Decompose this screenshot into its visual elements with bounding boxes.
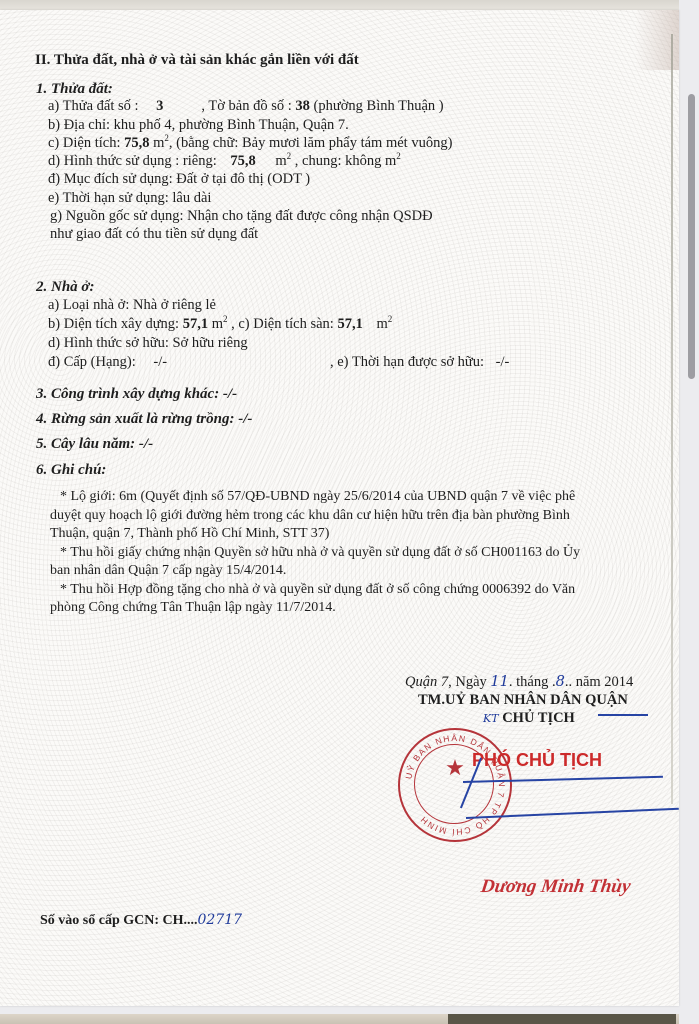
house-ownership-term: , e) Thời hạn được sở hữu: -/-	[330, 354, 509, 371]
official-seal-icon: UỶ BAN NHÂN DÂN QUẬN 7 TP HỒ CHÍ MINH ★	[398, 728, 512, 842]
land-origin-cont: như giao đất có thu tiền sử dụng đất	[50, 226, 258, 243]
chairman-line: KT CHỦ TỊCH	[483, 710, 575, 727]
private-unit: m	[275, 153, 286, 169]
registry-value: 02717	[198, 912, 243, 928]
floor-area-value: 57,1	[337, 316, 362, 332]
note-line: Thuận, quận 7, Thành phố Hồ Chí Minh, ST…	[50, 525, 329, 542]
note-line: * Thu hồi Hợp đồng tặng cho nhà ở và quy…	[60, 581, 575, 598]
perennial-trees: 5. Cây lâu năm: -/-	[36, 436, 153, 453]
house-grade: đ) Cấp (Hạng): -/-	[48, 354, 167, 371]
ownership-term-value: -/-	[496, 354, 510, 370]
land-area-line: c) Diện tích: 75,8 m2, (bằng chữ: Bảy mư…	[48, 135, 452, 152]
grade-value: -/-	[153, 354, 167, 370]
land-term: e) Thời hạn sử dụng: lâu dài	[48, 190, 211, 207]
floor-area-label: , c) Diện tích sàn:	[231, 316, 334, 332]
map-label: , Tờ bản đồ số :	[201, 98, 291, 114]
land-parcel-line: a) Thửa đất số : 3, Tờ bản đồ số : 38 (p…	[48, 98, 444, 115]
registry-label: Số vào sổ cấp GCN: CH....	[40, 913, 198, 928]
kt-mark: KT	[483, 712, 499, 725]
other-construction: 3. Công trình xây dựng khác: -/-	[36, 386, 237, 403]
land-address: b) Địa chỉ: khu phố 4, phường Bình Thuận…	[48, 117, 349, 134]
sign-month: 8	[556, 674, 565, 690]
ward: (phường Bình Thuận )	[314, 98, 444, 114]
parcel-label: a) Thửa đất số :	[48, 98, 139, 114]
land-origin: g) Nguồn gốc sử dụng: Nhận cho tặng đất …	[50, 208, 433, 225]
issuing-org: TM.UỶ BAN NHÂN DÂN QUẬN	[418, 692, 628, 709]
grade-label: đ) Cấp (Hạng):	[48, 354, 136, 370]
next-page-edge	[0, 1014, 679, 1024]
chairman-title: CHỦ TỊCH	[502, 710, 575, 726]
vice-chairman-stamp: PHÓ CHỦ TỊCH	[472, 750, 602, 771]
house-ownership: d) Hình thức sở hữu: Sở hữu riêng	[48, 335, 248, 352]
construction-unit: m	[212, 316, 223, 332]
vertical-scrollbar[interactable]	[688, 94, 695, 379]
note-line: * Lộ giới: 6m (Quyết định số 57/QĐ-UBND …	[60, 488, 575, 505]
floor-unit: m	[376, 316, 387, 332]
parcel-number: 3	[156, 98, 163, 114]
date-prefix: , Ngày	[448, 674, 487, 690]
use-form-label: d) Hình thức sử dụng : riêng:	[48, 153, 217, 169]
shared-label: , chung: không	[295, 153, 382, 169]
note-line: duyệt quy hoạch lộ giới đường hẻm trong …	[50, 507, 570, 524]
map-number: 38	[295, 98, 310, 114]
land-use-form: d) Hình thức sử dụng : riêng: 75,8 m2 , …	[48, 153, 401, 170]
note-line: phòng Công chứng Tân Thuận lập ngày 11/7…	[50, 599, 336, 616]
ink-underline	[598, 714, 648, 716]
area-unit: m	[153, 135, 164, 151]
house-heading: 2. Nhà ở:	[36, 279, 94, 296]
notes-heading: 6. Ghi chú:	[36, 462, 106, 479]
signer-name: Dương Minh Thùy	[479, 876, 631, 898]
house-area-line: b) Diện tích xây dựng: 57,1 m2 , c) Diện…	[48, 316, 392, 333]
private-area: 75,8	[230, 153, 255, 169]
construction-area-label: b) Diện tích xây dựng:	[48, 316, 179, 332]
previous-page-edge	[0, 0, 679, 10]
note-line: * Thu hồi giấy chứng nhận Quyền sở hữu n…	[60, 544, 580, 561]
land-purpose: đ) Mục đích sử dụng: Đất ở tại đô thị (O…	[48, 171, 310, 188]
sign-place: Quận 7	[405, 674, 448, 690]
production-forest: 4. Rừng sản xuất là rừng trồng: -/-	[36, 411, 252, 428]
sign-day: 11	[490, 674, 508, 690]
shared-unit: m	[385, 153, 396, 169]
area-label: c) Diện tích:	[48, 135, 120, 151]
signature-date: Quận 7, Ngày 11. tháng .8.. năm 2014	[405, 674, 633, 691]
month-label: . tháng .	[509, 674, 556, 690]
year-label: .. năm 2014	[565, 674, 633, 690]
page-edge-stain	[635, 10, 679, 70]
house-type: a) Loại nhà ở: Nhà ở riêng lẻ	[48, 297, 216, 314]
area-in-words: , (bằng chữ: Bảy mươi lăm phẩy tám mét v…	[169, 135, 453, 151]
land-heading: 1. Thửa đất:	[36, 81, 113, 98]
ownership-term-label: , e) Thời hạn được sở hữu:	[330, 354, 484, 370]
area-value: 75,8	[124, 135, 149, 151]
note-line: ban nhân dân Quận 7 cấp ngày 15/4/2014.	[50, 562, 286, 579]
section-title: II. Thửa đất, nhà ở và tài sản khác gắn …	[35, 52, 359, 69]
construction-area-value: 57,1	[183, 316, 208, 332]
registry-number: Số vào sổ cấp GCN: CH....02717	[40, 912, 242, 929]
document-page: II. Thửa đất, nhà ở và tài sản khác gắn …	[0, 10, 679, 1006]
